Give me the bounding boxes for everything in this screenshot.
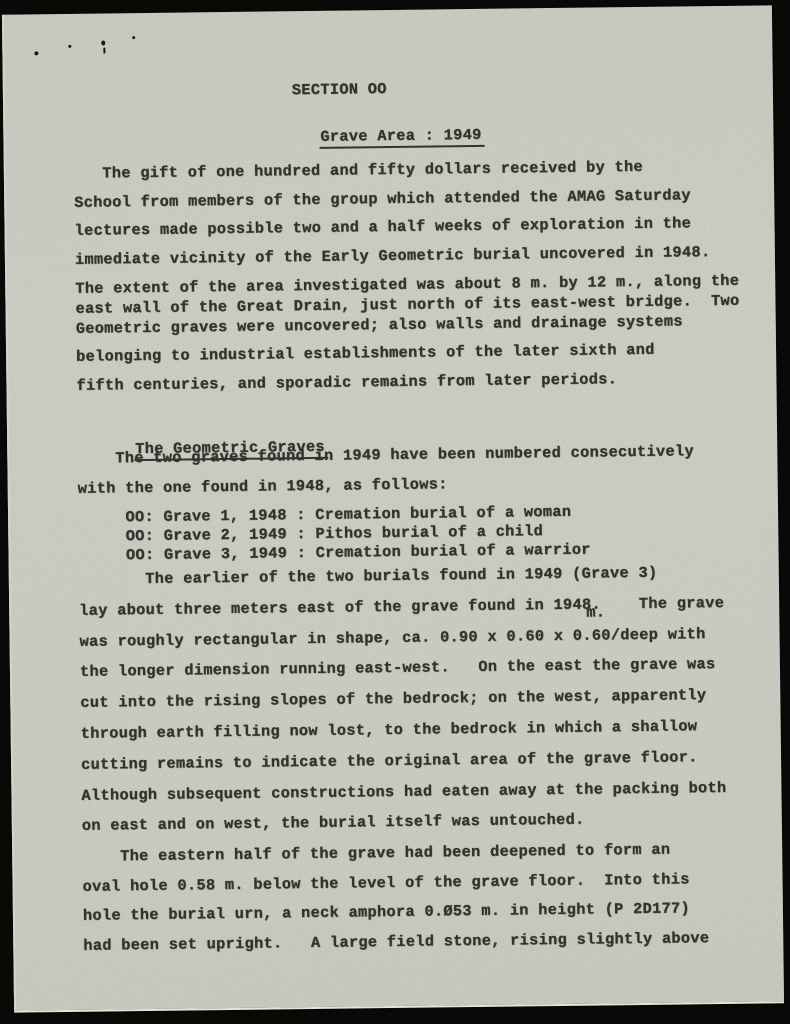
punch-mark bbox=[101, 40, 105, 45]
paragraph-4: The eastern half of the grave had been d… bbox=[82, 839, 769, 965]
punch-mark bbox=[132, 36, 135, 39]
paragraph-1-continued: belonging to industrial establishments o… bbox=[76, 339, 763, 404]
paragraph-3: The earlier of the two burials found in … bbox=[79, 562, 768, 848]
page-heading: Grave Area : 1949 bbox=[319, 126, 485, 149]
ink-speck bbox=[103, 47, 105, 53]
punch-mark bbox=[68, 45, 71, 48]
grave-list: OO: Grave 1, 1948 : Cremation burial of … bbox=[78, 500, 765, 565]
interline-insertion: m. bbox=[586, 605, 605, 619]
punch-mark bbox=[34, 51, 38, 55]
paragraph-1-inserted-lines: The extent of the area investigated was … bbox=[75, 271, 762, 339]
paragraph-2: The two graves found in 1949 have been n… bbox=[77, 441, 764, 508]
paragraph-1: The gift of one hundred and fifty dollar… bbox=[74, 156, 761, 279]
section-title: SECTION OO bbox=[73, 75, 759, 102]
scanner-background: SECTION OO Grave Area : 1949 The gift of… bbox=[0, 0, 790, 1024]
scanned-page: SECTION OO Grave Area : 1949 The gift of… bbox=[2, 5, 784, 1012]
